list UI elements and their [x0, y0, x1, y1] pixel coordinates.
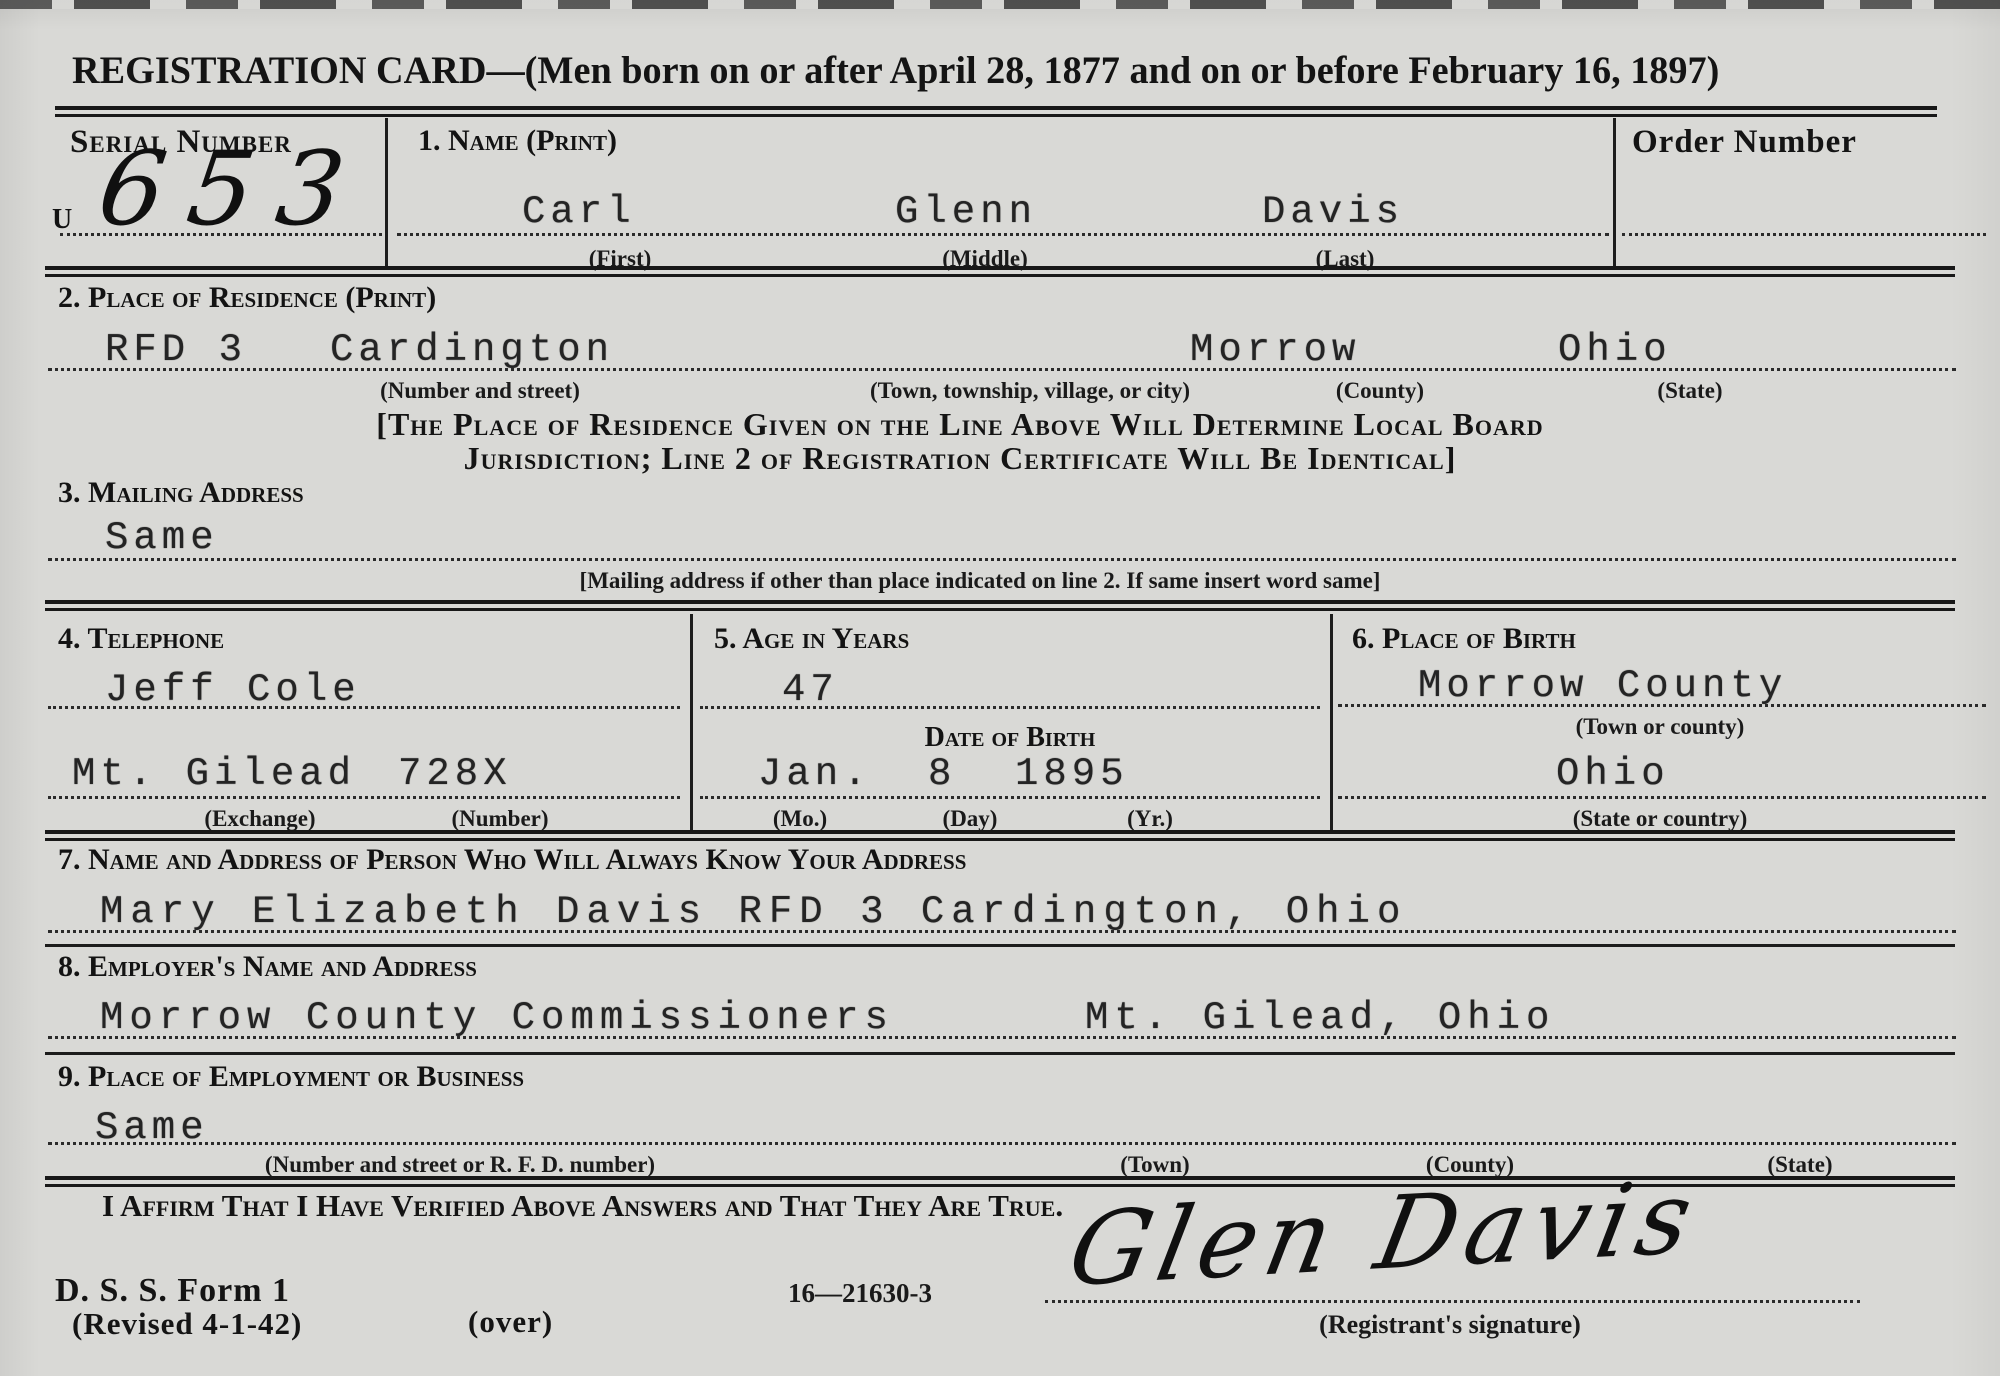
employer-name-value: Morrow County Commissioners — [100, 996, 894, 1040]
name-last-value: Davis — [1262, 190, 1404, 234]
name-label: 1. Name (Print) — [418, 124, 617, 158]
order-number-label: Order Number — [1632, 124, 1857, 161]
mailing-line — [48, 558, 1956, 561]
rule-after-employer — [45, 1052, 1955, 1055]
employment-state-hint: (State) — [1680, 1152, 1920, 1178]
divider-telephone-age — [690, 614, 693, 830]
serial-number-line — [60, 233, 382, 236]
rule-after-mailing — [45, 600, 1955, 611]
name-middle-value: Glenn — [895, 190, 1037, 234]
dob-day-hint: (Day) — [870, 806, 1070, 832]
telephone-exchange-value: Mt. Gilead — [72, 752, 356, 796]
over-note: (over) — [468, 1304, 553, 1340]
rule-under-title — [55, 106, 1937, 117]
employment-street-hint: (Number and street or R. F. D. number) — [180, 1152, 740, 1178]
divider-age-birth — [1330, 614, 1333, 830]
birthplace-state-line — [1338, 796, 1986, 799]
employer-line — [48, 1036, 1956, 1039]
employment-town-hint: (Town) — [1035, 1152, 1275, 1178]
telephone-line1 — [48, 706, 680, 709]
mailing-label: 3. Mailing Address — [58, 476, 304, 510]
print-code: 16—21630-3 — [788, 1278, 932, 1309]
signature-hint: (Registrant's signature) — [1230, 1310, 1670, 1340]
birthplace-label: 6. Place of Birth — [1352, 622, 1576, 656]
mailing-value: Same — [105, 516, 219, 560]
contact-value: Mary Elizabeth Davis RFD 3 Cardington, O… — [100, 890, 1407, 934]
birthplace-town-value: Morrow County — [1418, 664, 1787, 708]
order-number-line — [1622, 233, 1986, 236]
rule-after-row1 — [45, 266, 1955, 277]
telephone-exchange-hint: (Exchange) — [140, 806, 380, 832]
registration-card-scan: REGISTRATION CARD—(Men born on or after … — [0, 0, 2000, 1376]
divider-serial-name — [385, 118, 388, 270]
serial-prefix: U — [52, 204, 72, 236]
age-line — [700, 706, 1320, 709]
name-line — [397, 233, 1609, 236]
residence-county-hint: (County) — [1230, 378, 1530, 404]
rule-after-row456 — [45, 830, 1955, 841]
divider-name-order — [1613, 118, 1616, 270]
telephone-number-value: 728X — [398, 752, 512, 796]
employment-line — [48, 1142, 1956, 1145]
residence-county-value: Morrow — [1190, 328, 1360, 372]
dob-day-value: 8 — [928, 752, 956, 796]
birthplace-state-hint: (State or country) — [1470, 806, 1850, 832]
birthplace-town-line — [1338, 704, 1986, 707]
residence-street-value: RFD 3 — [105, 328, 247, 372]
telephone-number-hint: (Number) — [380, 806, 620, 832]
employer-label: 8. Employer's Name and Address — [58, 950, 477, 984]
mailing-hint: [Mailing address if other than place ind… — [0, 568, 1960, 594]
form-number: D. S. S. Form 1 — [55, 1272, 290, 1310]
residence-state-hint: (State) — [1560, 378, 1820, 404]
scan-edge-noise — [0, 0, 2000, 9]
telephone-label: 4. Telephone — [58, 622, 224, 656]
dob-month-value: Jan. — [758, 752, 872, 796]
form-revision: (Revised 4-1-42) — [72, 1306, 302, 1342]
age-label: 5. Age in Years — [714, 622, 909, 656]
name-first-value: Carl — [522, 190, 636, 234]
residence-town-hint: (Town, township, village, or city) — [810, 378, 1250, 404]
affirmation-text: I Affirm That I Have Verified Above Answ… — [102, 1188, 1063, 1224]
serial-number-value: 653 — [92, 130, 375, 249]
dob-year-hint: (Yr.) — [1050, 806, 1250, 832]
birthplace-state-value: Ohio — [1556, 752, 1670, 796]
telephone-line2 — [48, 796, 680, 799]
rule-after-contact — [45, 944, 1955, 947]
birthplace-town-hint: (Town or county) — [1470, 714, 1850, 740]
residence-town-value: Cardington — [330, 328, 614, 372]
jurisdiction-note-line1: [The Place of Residence Given on the Lin… — [0, 406, 1920, 443]
dob-year-value: 1895 — [1015, 752, 1129, 796]
dob-line — [700, 796, 1320, 799]
contact-label: 7. Name and Address of Person Who Will A… — [58, 843, 966, 877]
residence-state-value: Ohio — [1558, 328, 1672, 372]
employer-address-value: Mt. Gilead, Ohio — [1085, 996, 1555, 1040]
residence-line — [48, 368, 1956, 371]
residence-street-hint: (Number and street) — [280, 378, 680, 404]
residence-label: 2. Place of Residence (Print) — [58, 281, 436, 315]
signature-line — [1045, 1300, 1860, 1303]
jurisdiction-note-line2: Jurisdiction; Line 2 of Registration Cer… — [0, 440, 1920, 477]
date-of-birth-label: Date of Birth — [700, 722, 1320, 754]
contact-line — [48, 930, 1956, 933]
employment-label: 9. Place of Employment or Business — [58, 1060, 524, 1094]
card-title: REGISTRATION CARD—(Men born on or after … — [72, 48, 1719, 93]
